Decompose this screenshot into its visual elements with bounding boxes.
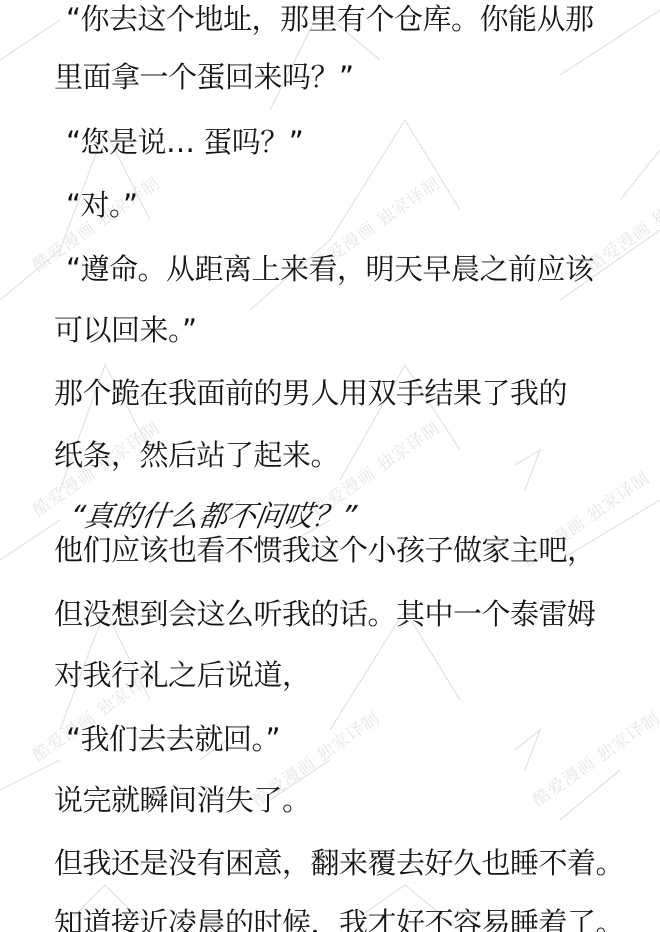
text-line: 对我行礼之后说道， [54, 658, 311, 692]
text-line: “遵命。从距离上来看，明天早晨之前应该 [66, 252, 594, 286]
document-page: “你去这个地址，那里有个仓库。你能从那 里面拿一个蛋回来吗？” “您是说… 蛋吗… [0, 0, 660, 932]
text-line: 但我还是没有困意，翻来覆去好久也睡不着。 [54, 846, 624, 880]
text-line: 纸条，然后站了起来。 [54, 438, 339, 472]
text-line: “我们去去就回。” [66, 722, 280, 756]
text-line: “您是说… 蛋吗？” [66, 125, 303, 159]
text-line: 那个跪在我面前的男人用双手结果了我的 [54, 376, 567, 410]
text-line: 说完就瞬间消失了。 [54, 783, 311, 817]
text-line: 可以回来。” [54, 313, 197, 347]
text-line: 但没想到会这么听我的话。其中一个泰雷姆 [54, 597, 596, 631]
text-line: 他们应该也看不惯我这个小孩子做家主吧， [54, 533, 596, 567]
text-line: “你去这个地址，那里有个仓库。你能从那 [66, 2, 594, 36]
text-line: 知道接近凌晨的时候，我才好不容易睡着了。 [54, 906, 624, 932]
text-line: “对。” [66, 188, 138, 222]
text-line: 里面拿一个蛋回来吗？” [54, 60, 354, 94]
text-line: “真的什么都不问哎？” [68, 499, 358, 533]
